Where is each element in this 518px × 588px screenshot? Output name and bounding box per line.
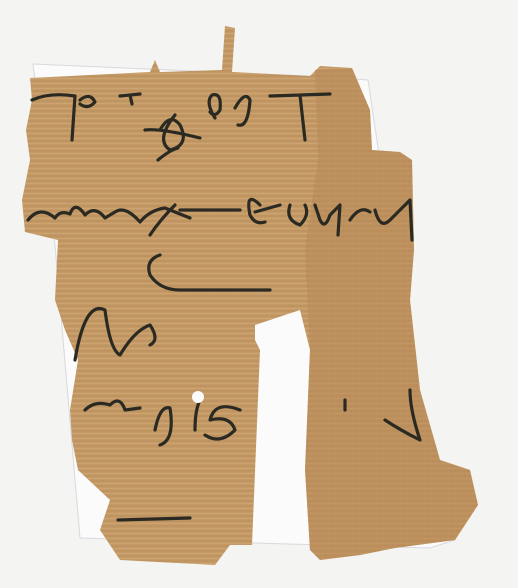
papyrus-right-strip bbox=[305, 68, 478, 560]
photo-stage bbox=[0, 0, 518, 588]
papyrus-hole bbox=[192, 391, 204, 403]
papyrus-photo bbox=[0, 0, 518, 588]
